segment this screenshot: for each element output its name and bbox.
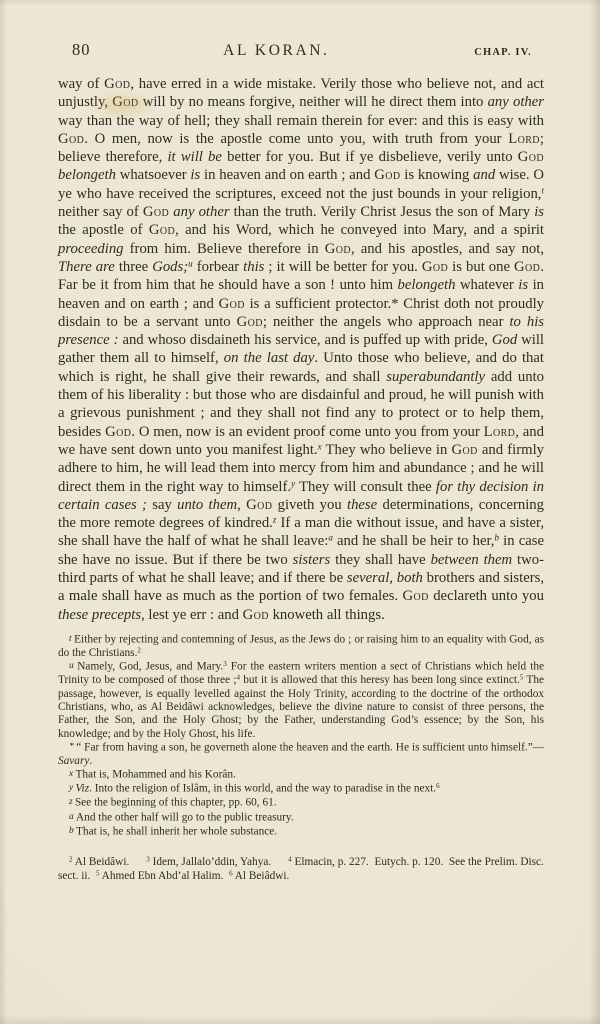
text-run: God [325, 241, 351, 257]
text-run: God [492, 332, 517, 348]
text-run: t [541, 185, 544, 195]
text-run: God [403, 588, 429, 604]
text-run: way of [58, 76, 104, 92]
text-run: And the other half will go to the public… [76, 811, 294, 823]
text-run: God [105, 424, 131, 440]
text-run: neither say of [58, 204, 143, 220]
text-run: will by no means forgive, neither will h… [139, 94, 488, 110]
text-run: belongeth [398, 277, 456, 293]
footnote-item: x That is, Mohammed and his Korân. [58, 768, 544, 782]
text-run: God [219, 296, 245, 312]
text-run: God [514, 259, 540, 275]
text-run: God [149, 222, 175, 238]
text-run: Namely, God, Jesus, and Mary. [77, 661, 223, 673]
footnote-item: z See the beginning of this chapter, pp.… [58, 796, 544, 810]
text-run: God [243, 607, 269, 623]
text-run: , and his apostles, and say not, [351, 241, 544, 257]
text-run: . Into the religion of Islâm, in this wo… [89, 783, 436, 795]
text-run: whatsoever [116, 167, 191, 183]
text-run: several, both [347, 570, 423, 586]
text-run: , and his Word, which he conveyed into M… [175, 222, 544, 238]
text-run: giveth you [272, 497, 347, 513]
text-run: they shall have [330, 552, 430, 568]
text-run: than the truth. Verily Christ Jesus the … [230, 204, 535, 220]
text-run: it will be [167, 149, 221, 165]
text-run: on the last day [224, 350, 315, 366]
text-run: That is, Mohammed and his Korân. [76, 769, 236, 781]
text-run: in heaven and on earth ; and [200, 167, 374, 183]
text-run: these precepts [58, 607, 141, 623]
text-run: is [518, 277, 528, 293]
text-run: God [422, 259, 448, 275]
text-run: between them [431, 552, 513, 568]
running-title: AL KORAN. [223, 42, 329, 60]
text-run: any other [173, 204, 229, 220]
text-run: , lest ye err : and [141, 607, 243, 623]
text-run: There are [58, 259, 115, 275]
text-run: God [143, 204, 169, 220]
text-run: ; neither the angels who approach near [263, 314, 510, 330]
text-run: That is, he shall inherit her whole subs… [76, 825, 277, 837]
text-run: three [115, 259, 152, 275]
text-run: . [89, 755, 92, 767]
text-run: is [534, 204, 544, 220]
text-run: God [58, 131, 84, 147]
footnote-item: u Namely, God, Jesus, and Mary.3 For the… [58, 660, 544, 741]
text-run: and he shall be heir to her, [333, 533, 495, 549]
text-run: better for you. But if ye disbelieve, ve… [222, 149, 518, 165]
text-run: See the beginning of this chapter, pp. 6… [75, 797, 277, 809]
page-header: 80 AL KORAN. CHAP. IV. [58, 40, 544, 60]
footnotes-section: t Either by rejecting and contemning of … [58, 633, 544, 839]
text-run: but it is allowed that this heresy has b… [240, 674, 520, 686]
footnote-marker: a [69, 812, 76, 822]
text-run: God [246, 497, 272, 513]
text-run: Al Beiâdwi. [233, 870, 290, 882]
text-run: any other [488, 94, 544, 110]
text-run: Gods; [152, 259, 188, 275]
text-run: They who believe in [322, 442, 452, 458]
footnote-item: y Viz. Into the religion of Islâm, in th… [58, 782, 544, 796]
text-run: , [237, 497, 246, 513]
page-number: 80 [72, 40, 91, 60]
text-run: sisters [293, 552, 331, 568]
text-run: from him. Believe therefore in [124, 241, 325, 257]
text-run: this [243, 259, 264, 275]
text-run: They will consult thee [295, 479, 436, 495]
text-run: God [518, 149, 544, 165]
text-run: God [112, 94, 138, 110]
text-run: God [237, 314, 263, 330]
text-run: “ Far from having a son, he governeth al… [76, 742, 544, 754]
text-run: Lord [484, 424, 516, 440]
text-run: Idem, Jallalo’ddin, Yahya. [150, 856, 288, 868]
text-run: whatever [455, 277, 518, 293]
footnote-item: a And the other half will go to the publ… [58, 811, 544, 825]
text-run: declareth unto you [429, 588, 544, 604]
text-run: is knowing [401, 167, 474, 183]
text-run: Viz [76, 783, 90, 795]
text-run: Ahmed Ebn Abd’al Halim. [99, 870, 229, 882]
text-run: is [190, 167, 200, 183]
text-run: is but one [448, 259, 514, 275]
footnote-marker: b [69, 826, 76, 836]
text-run: the apostle of [58, 222, 149, 238]
references-paragraph: 2 Al Beidâwi. 3 Idem, Jallalo’ddin, Yahy… [58, 855, 544, 883]
text-run: way than the way of hell; they shall rem… [58, 113, 544, 129]
text-run: unto them [177, 497, 237, 513]
text-run: ; it will be better for you. [264, 259, 421, 275]
text-run: and whoso disdaineth his service, and is… [119, 332, 492, 348]
text-run: Savary [58, 755, 89, 767]
body-paragraph: way of God, have erred in a wide mistake… [58, 75, 544, 624]
book-page: 80 AL KORAN. CHAP. IV. way of God, have … [0, 0, 600, 1024]
text-run: Lord [508, 131, 540, 147]
text-run: superabundantly [386, 369, 485, 385]
text-run: 6 [436, 783, 440, 791]
footnote-item: * “ Far from having a son, he governeth … [58, 741, 544, 768]
text-run: God [451, 442, 477, 458]
text-run: proceeding [58, 241, 124, 257]
text-run: belongeth [58, 167, 116, 183]
text-run: knoweth all things. [269, 607, 385, 623]
text-run: forbear [193, 259, 243, 275]
text-run: say [147, 497, 177, 513]
text-run: 2 [137, 646, 141, 654]
text-run: Either by rejecting and contemning of Je… [58, 634, 544, 659]
text-run: God [104, 76, 130, 92]
text-run: . O men, now is the apostle come unto yo… [84, 131, 508, 147]
footnote-item: t Either by rejecting and contemning of … [58, 633, 544, 660]
text-run: and [473, 167, 495, 183]
text-run: Al Beidâwi. [73, 856, 147, 868]
chapter-label: CHAP. IV. [474, 47, 532, 58]
text-run: . O men, now is an evident proof come un… [131, 424, 483, 440]
footnote-item: b That is, he shall inherit her whole su… [58, 825, 544, 839]
text-run: God [374, 167, 400, 183]
page-content: way of God, have erred in a wide mistake… [58, 75, 544, 883]
text-run: these [347, 497, 377, 513]
